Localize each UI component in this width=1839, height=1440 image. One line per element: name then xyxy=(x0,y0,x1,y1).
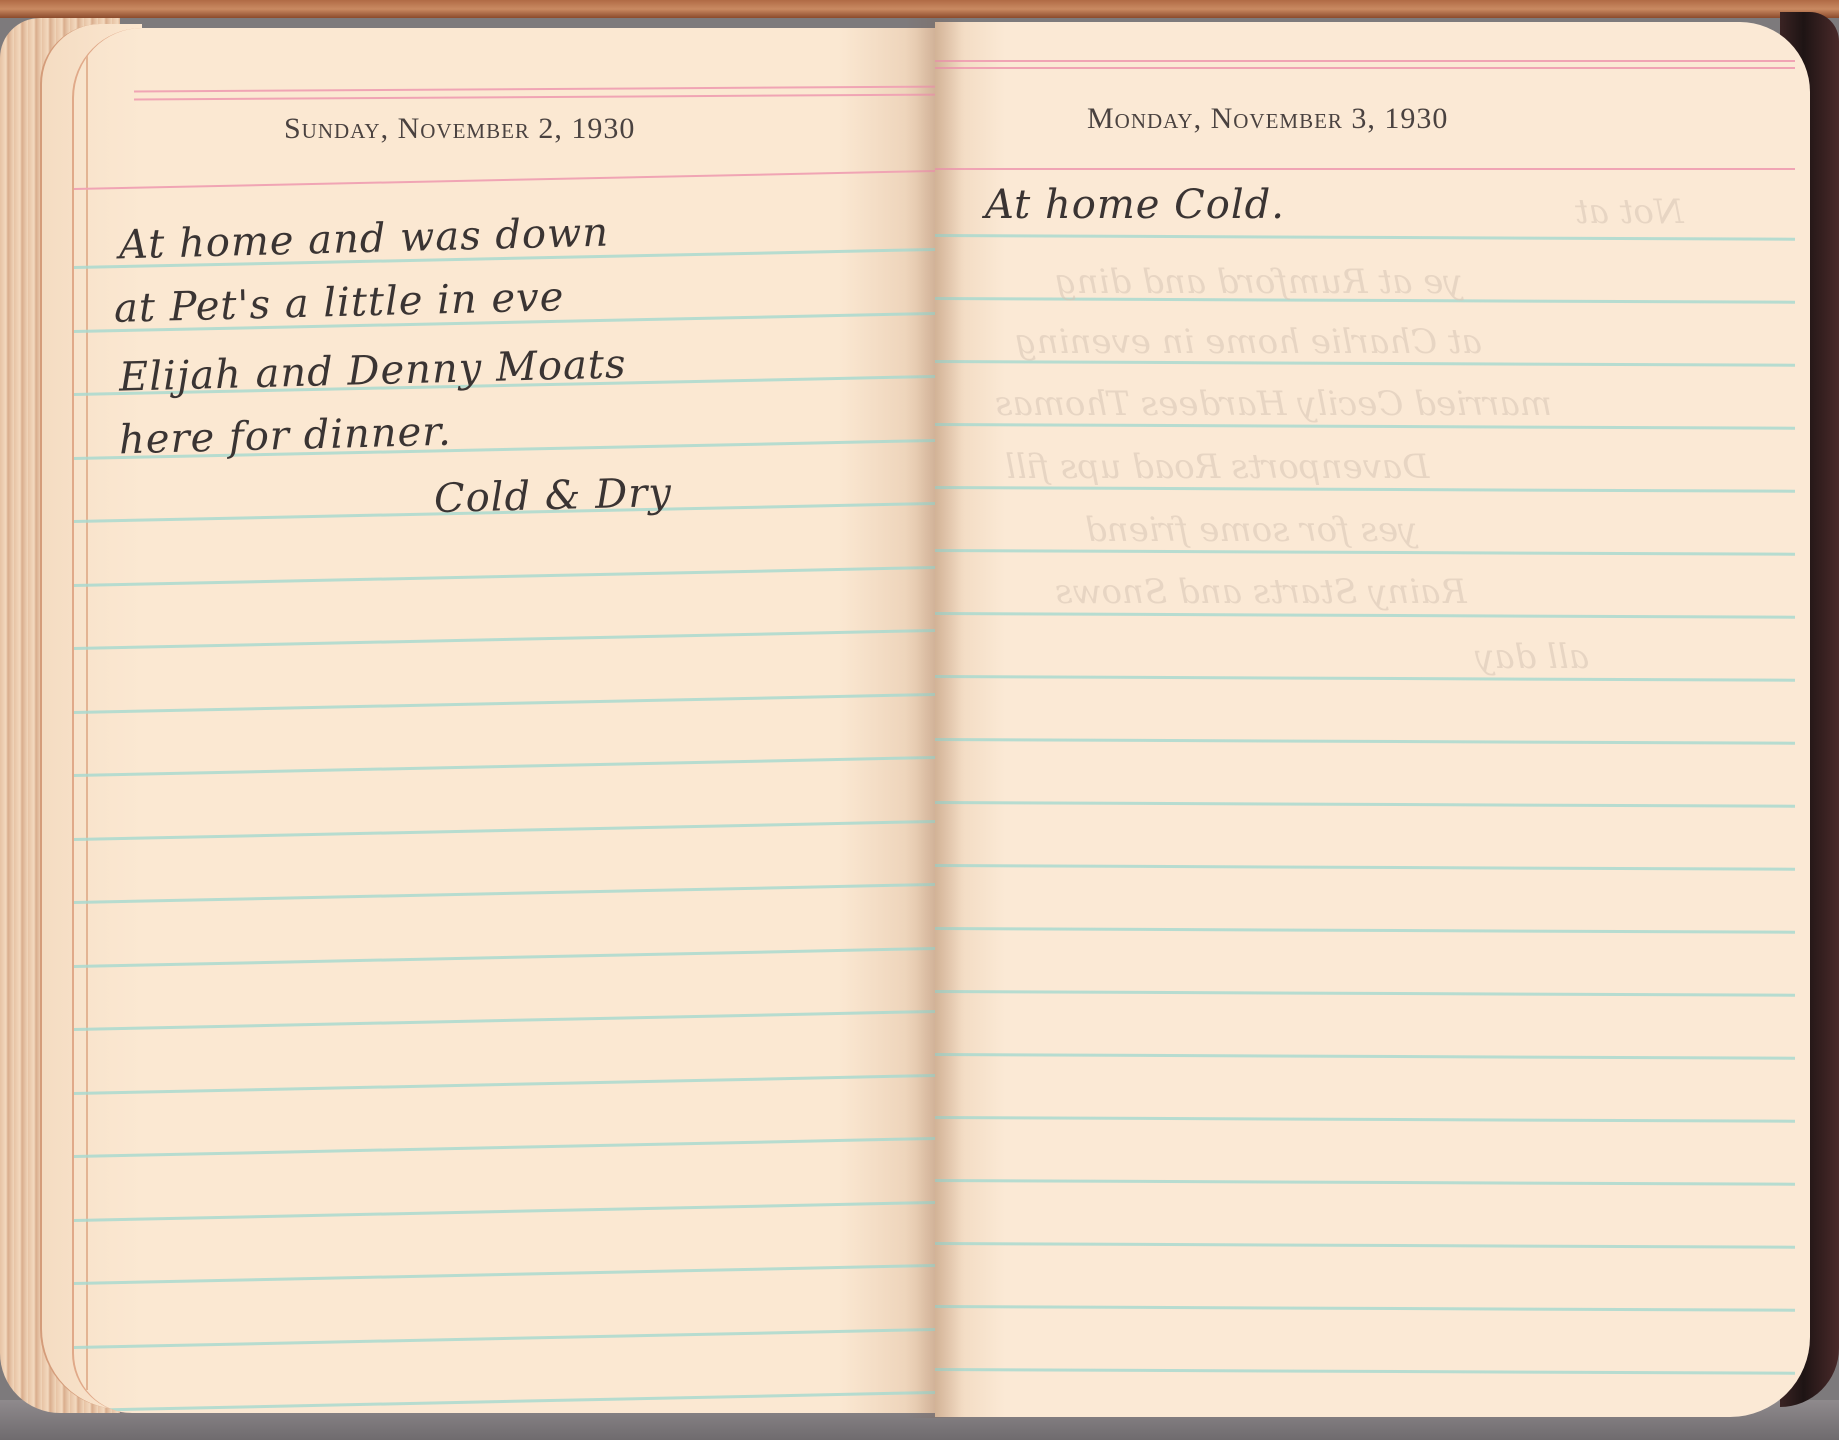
ruled-line xyxy=(74,692,942,713)
ruled-line xyxy=(935,1305,1795,1312)
diary-entry-line: Elijah and Denny Moats xyxy=(118,341,627,400)
ruled-line xyxy=(935,801,1795,808)
ruled-line xyxy=(935,1242,1795,1249)
ruled-line xyxy=(935,864,1795,871)
ruled-line xyxy=(74,1200,942,1221)
bleed-through-text: married Cecily Hardees Thomas xyxy=(995,384,1552,424)
ruled-line xyxy=(935,549,1795,556)
ruled-line xyxy=(74,1010,942,1031)
page-frame-line xyxy=(86,50,88,1390)
ruled-line xyxy=(935,1116,1795,1123)
left-page: Sunday, November 2, 1930 At home and was… xyxy=(72,28,942,1413)
ruled-line xyxy=(74,1264,942,1285)
ruled-line xyxy=(935,990,1795,997)
diary-entry-line: At home and was down xyxy=(118,210,609,269)
ruled-line xyxy=(74,883,942,904)
ruled-line xyxy=(935,675,1795,682)
ruled-line xyxy=(935,1053,1795,1060)
ruled-line xyxy=(74,756,942,777)
header-pink-rule xyxy=(74,170,942,190)
bleed-through-text: Davenports Road ups fill xyxy=(1005,447,1429,487)
ruled-line xyxy=(935,234,1795,241)
date-header-left: Sunday, November 2, 1930 xyxy=(284,112,635,146)
top-pink-rule xyxy=(935,60,1795,62)
top-pink-rule xyxy=(134,93,942,100)
ruled-line xyxy=(935,612,1795,619)
wooden-surface xyxy=(0,0,1839,18)
ruled-line xyxy=(935,486,1795,493)
ruled-line xyxy=(74,1137,942,1158)
bleed-through-text: at Charlie home in evening xyxy=(1015,322,1482,362)
ruled-line xyxy=(74,1073,942,1094)
ruled-line xyxy=(74,946,942,967)
diary-entry-line: At home Cold. xyxy=(985,182,1285,228)
date-header-right: Monday, November 3, 1930 xyxy=(1087,102,1448,136)
ruled-line xyxy=(74,1391,942,1412)
right-page: Monday, November 3, 1930 Not at ye at Ru… xyxy=(935,22,1810,1417)
top-pink-rule xyxy=(134,85,942,92)
ruled-line xyxy=(935,423,1795,430)
top-pink-rule xyxy=(935,67,1795,69)
diary-entry-line: here for dinner. xyxy=(118,409,452,464)
ruled-line xyxy=(935,1179,1795,1186)
bleed-through-text: Not at xyxy=(1575,192,1684,232)
ruled-line xyxy=(74,819,942,840)
ruled-line xyxy=(74,629,942,650)
ruled-line xyxy=(74,565,942,586)
bleed-through-text: ye at Rumford and ding xyxy=(1055,262,1463,302)
header-pink-rule xyxy=(935,168,1795,170)
bleed-through-text: yes for some friend xyxy=(1085,510,1417,550)
ruled-line xyxy=(935,1368,1795,1375)
ruled-line xyxy=(935,738,1795,745)
weather-note: Cold & Dry xyxy=(433,470,672,522)
ruled-line xyxy=(935,927,1795,934)
bleed-through-text: all day xyxy=(1475,637,1589,677)
ruled-line xyxy=(74,1327,942,1348)
bleed-through-text: Rainy Starts and Snows xyxy=(1055,572,1467,612)
